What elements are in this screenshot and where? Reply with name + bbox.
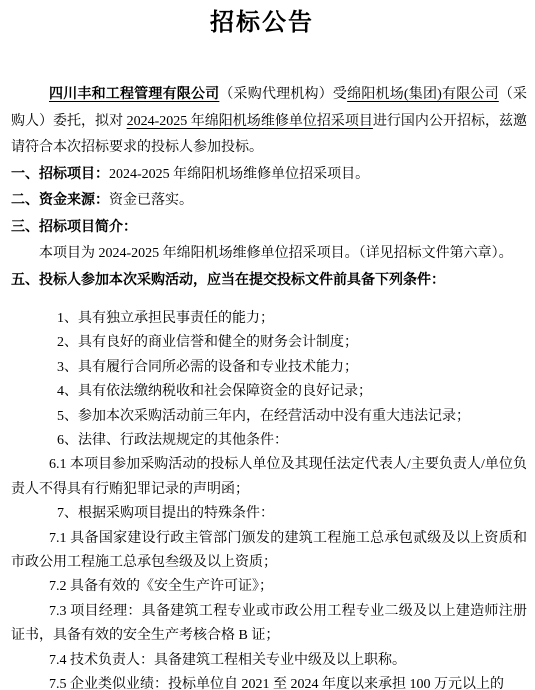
condition-item-7-1: 7.1 具备国家建设行政主管部门颁发的建筑工程施工总承包贰级及以上资质和市政公用… (11, 527, 527, 576)
purchaser-name: 绵阳机场(集团)有限公司 (347, 87, 499, 102)
condition-item-7-3: 7.3 项目经理：具备建筑工程专业或市政公用工程专业二级及以上建造师注册证书，具… (11, 600, 527, 649)
section-2-label: 二、资金来源： (11, 193, 109, 208)
project-name: 2024-2025 年绵阳机场维修单位招采项目 (127, 114, 373, 129)
condition-item-7: 7、根据采购项目提出的特殊条件： (11, 502, 527, 526)
condition-item-4: 4、具有依法缴纳税收和社会保障资金的良好记录； (11, 380, 527, 404)
condition-item-7-5: 7.5 企业类似业绩：投标单位自 2021 至 2024 年度以来承担 100 … (11, 673, 527, 690)
section-1-label: 一、招标项目： (11, 167, 109, 182)
condition-item-1: 1、具有独立承担民事责任的能力； (11, 307, 527, 331)
condition-item-3: 3、具有履行合同所必需的设备和专业技术能力； (11, 356, 527, 380)
section-3-project-brief: 三、招标项目简介： (11, 215, 527, 242)
section-1-tender-project: 一、招标项目：2024-2025 年绵阳机场维修单位招采项目。 (11, 162, 527, 189)
document-title: 招标公告 (11, 8, 513, 38)
section-1-text: 2024-2025 年绵阳机场维修单位招采项目。 (109, 167, 369, 182)
condition-item-7-2: 7.2 具备有效的《安全生产许可证》； (11, 575, 527, 599)
section-2-text: 资金已落实。 (109, 193, 193, 208)
purchasing-agency-name: 四川丰和工程管理有限公司 (49, 87, 219, 102)
conditions-list: 1、具有独立承担民事责任的能力； 2、具有良好的商业信誉和健全的财务会计制度； … (11, 307, 527, 690)
condition-item-7-4: 7.4 技术负责人：具备建筑工程相关专业中级及以上职称。 (11, 649, 527, 673)
condition-item-6-1: 6.1 本项目参加采购活动的投标人单位及其现任法定代表人/主要负责人/单位负责人… (11, 453, 527, 502)
section-5-bidder-requirements-heading: 五、投标人参加本次采购活动，应当在提交投标文件前具备下列条件： (11, 268, 527, 295)
section-3-body: 本项目为 2024-2025 年绵阳机场维修单位招采项目。（详见招标文件第六章）… (11, 241, 527, 268)
condition-item-6: 6、法律、行政法规规定的其他条件： (11, 429, 527, 453)
condition-item-5: 5、参加本次采购活动前三年内，在经营活动中没有重大违法记录； (11, 405, 527, 429)
intro-paragraph: 四川丰和工程管理有限公司（采购代理机构）受绵阳机场(集团)有限公司（采购人）委托… (11, 82, 527, 162)
condition-item-2: 2、具有良好的商业信誉和健全的财务会计制度； (11, 331, 527, 355)
document-body: 四川丰和工程管理有限公司（采购代理机构）受绵阳机场(集团)有限公司（采购人）委托… (11, 82, 527, 690)
section-2-fund-source: 二、资金来源：资金已落实。 (11, 188, 527, 215)
agency-role-text: （采购代理机构）受 (219, 87, 347, 102)
section-3-label: 三、招标项目简介： (11, 220, 137, 235)
document-page: 招标公告 四川丰和工程管理有限公司（采购代理机构）受绵阳机场(集团)有限公司（采… (0, 0, 535, 690)
